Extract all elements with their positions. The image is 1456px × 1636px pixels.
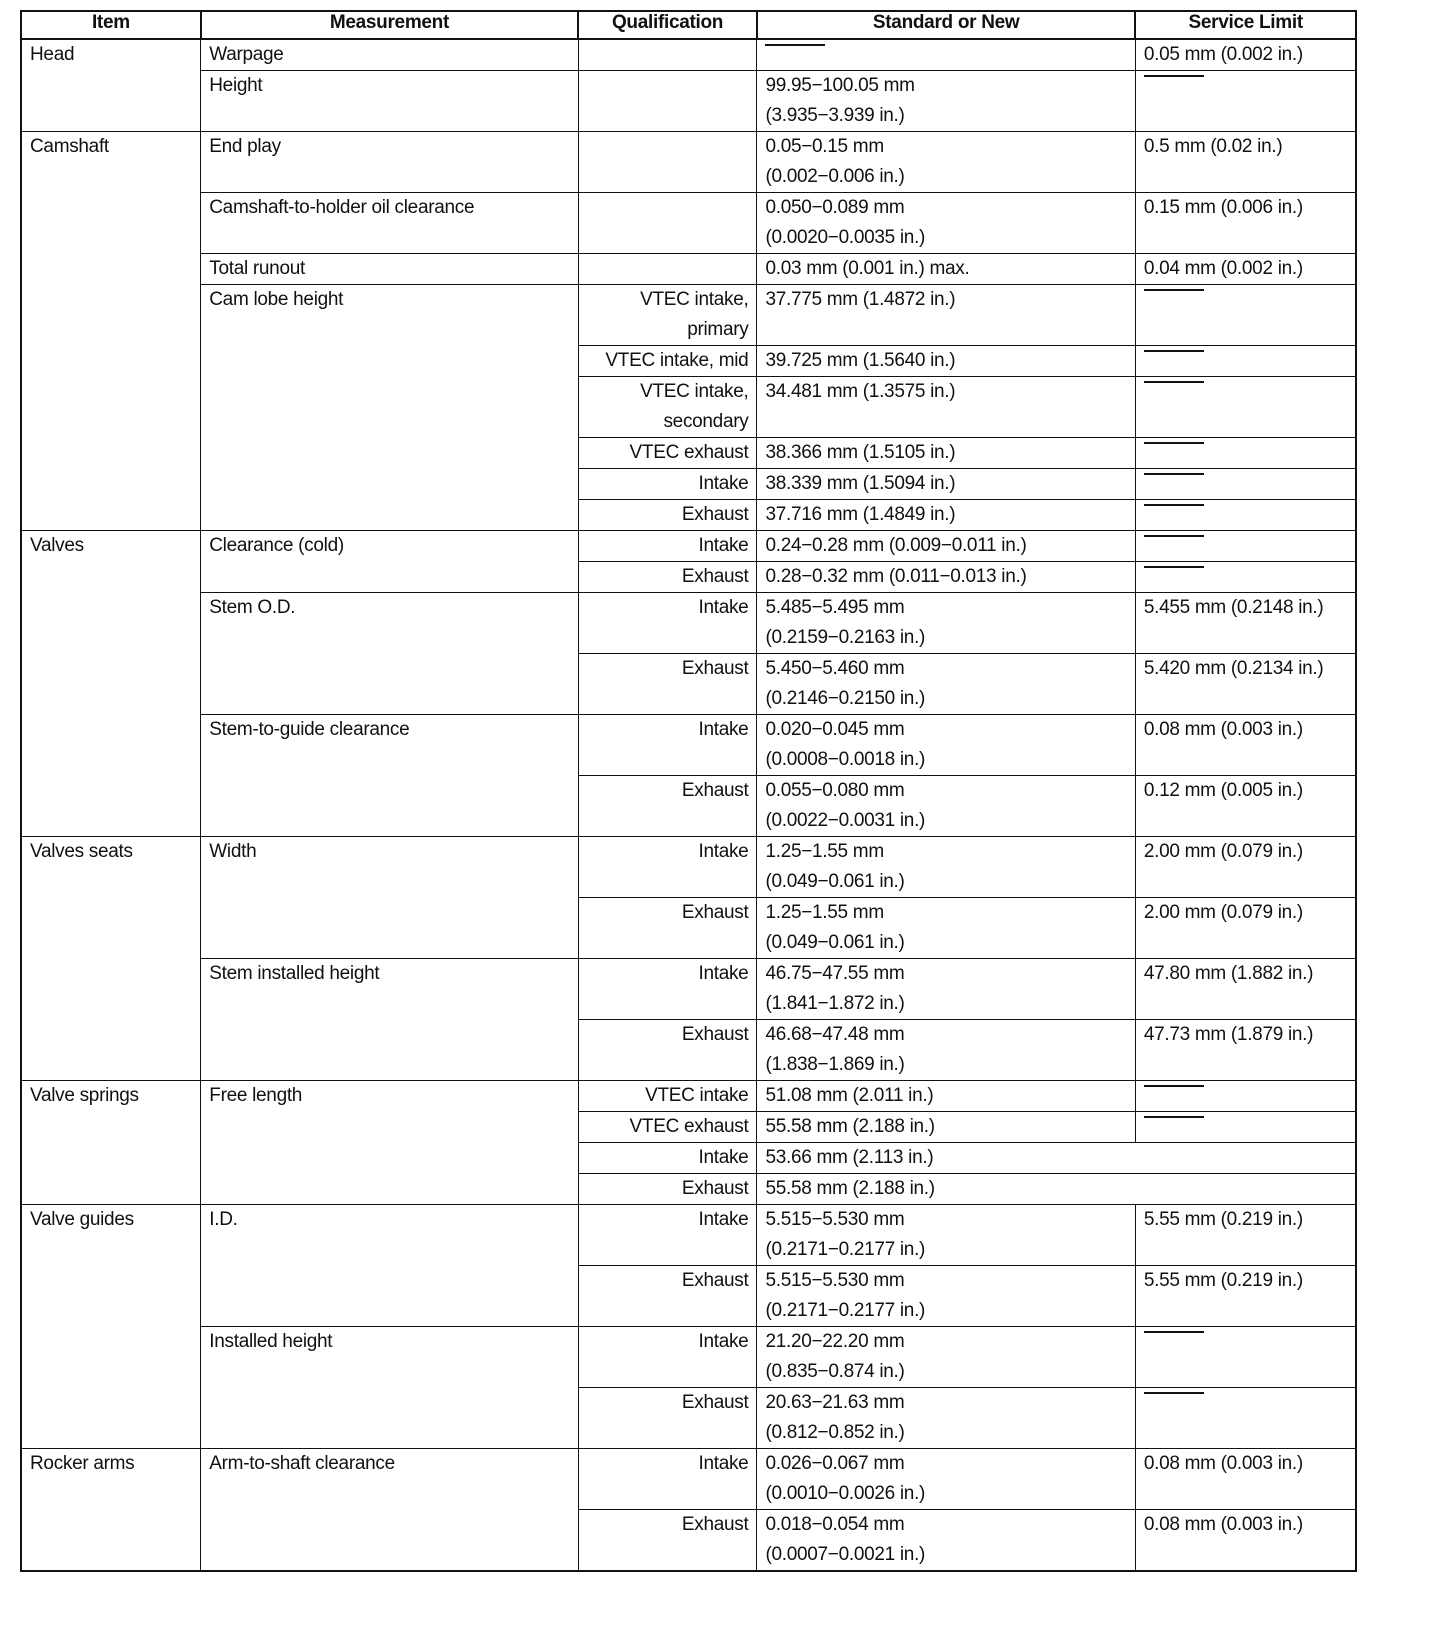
measurement-cell: Clearance (cold) [201,531,578,593]
qualification-cell [578,71,757,132]
measurement-cell: Free length [201,1081,578,1205]
not-applicable-dash [1135,469,1356,500]
standard-cell: 0.28−0.32 mm (0.011−0.013 in.) [757,562,1135,593]
qualification-text: Intake [587,531,749,561]
qualification-text: Intake [587,959,749,989]
standard-value: 5.515−5.530 mm [765,1266,1126,1296]
header-item: Item [21,11,201,39]
service-limit-cell: 0.12 mm (0.005 in.) [1135,776,1356,837]
qualification-cell: Exhaust [578,562,757,593]
qualification-cell [578,132,757,193]
measurement-cell: Stem installed height [201,959,578,1081]
standard-value: (1.841−1.872 in.) [765,989,1126,1019]
not-applicable-dash [1135,1081,1356,1112]
standard-cell: 0.020−0.045 mm(0.0008−0.0018 in.) [757,715,1135,776]
service-limit-value: 5.420 mm (0.2134 in.) [1144,654,1347,684]
service-limit-value: 5.55 mm (0.219 in.) [1144,1205,1347,1235]
qualification-text: Intake [587,837,749,867]
service-limit-cell: 47.73 mm (1.879 in.) [1135,1020,1356,1081]
qualification-text: secondary [587,407,749,437]
standard-value: (0.2171−0.2177 in.) [765,1296,1126,1326]
table-row: Installed heightIntake21.20−22.20 mm(0.8… [21,1327,1356,1388]
qualification-text: Intake [587,1205,749,1235]
qualification-cell: Exhaust [578,1510,757,1572]
measurement-cell: End play [201,132,578,193]
table-row: Height99.95−100.05 mm(3.935−3.939 in.) [21,71,1356,132]
standard-cell: 21.20−22.20 mm(0.835−0.874 in.) [757,1327,1135,1388]
standard-cell: 0.03 mm (0.001 in.) max. [757,254,1135,285]
standard-value: (0.0020−0.0035 in.) [765,223,1126,253]
standard-value: 1.25−1.55 mm [765,837,1126,867]
standard-value: 20.63−21.63 mm [765,1388,1126,1418]
qualification-text: Exhaust [587,1174,749,1204]
qualification-text: Exhaust [587,898,749,928]
standard-value: 37.716 mm (1.4849 in.) [765,500,1126,530]
standard-value: (0.0007−0.0021 in.) [765,1540,1126,1570]
qualification-cell: Intake [578,715,757,776]
service-limit-value: 0.15 mm (0.006 in.) [1144,193,1347,223]
standard-cell: 38.366 mm (1.5105 in.) [757,438,1135,469]
service-limit-cell: 0.5 mm (0.02 in.) [1135,132,1356,193]
service-limit-value: 0.04 mm (0.002 in.) [1144,254,1347,284]
service-limit-cell: 0.05 mm (0.002 in.) [1135,39,1356,71]
item-cell: Camshaft [21,132,201,531]
standard-value: 0.05−0.15 mm [765,132,1126,162]
qualification-text: Exhaust [587,1510,749,1540]
service-limit-cell: 2.00 mm (0.079 in.) [1135,837,1356,898]
service-limit-cell: 0.15 mm (0.006 in.) [1135,193,1356,254]
table-row: HeadWarpage0.05 mm (0.002 in.) [21,39,1356,71]
qualification-text: VTEC intake, [587,377,749,407]
qualification-text: VTEC intake, mid [587,346,749,376]
standard-value: 0.020−0.045 mm [765,715,1126,745]
qualification-text: primary [587,315,749,345]
standard-cell: 34.481 mm (1.3575 in.) [757,377,1135,438]
not-applicable-dash [1135,438,1356,469]
standard-value: 0.026−0.067 mm [765,1449,1126,1479]
standard-value: 5.515−5.530 mm [765,1205,1126,1235]
service-limit-value: 0.12 mm (0.005 in.) [1144,776,1347,806]
service-limit-value: 0.05 mm (0.002 in.) [1144,40,1347,70]
standard-cell: 39.725 mm (1.5640 in.) [757,346,1135,377]
service-limit-cell: 0.08 mm (0.003 in.) [1135,715,1356,776]
standard-value: 55.58 mm (2.188 in.) [765,1174,1347,1204]
standard-value: 5.485−5.495 mm [765,593,1126,623]
qualification-text: Exhaust [587,776,749,806]
qualification-cell: VTEC intake [578,1081,757,1112]
measurement-cell: Stem O.D. [201,593,578,715]
qualification-text: Exhaust [587,500,749,530]
service-limit-cell: 0.08 mm (0.003 in.) [1135,1449,1356,1510]
standard-cell: 37.716 mm (1.4849 in.) [757,500,1135,531]
service-limit-cell: 2.00 mm (0.079 in.) [1135,898,1356,959]
service-limit-value: 5.455 mm (0.2148 in.) [1144,593,1347,623]
standard-value: 0.03 mm (0.001 in.) max. [765,254,1126,284]
service-limit-value: 0.08 mm (0.003 in.) [1144,715,1347,745]
qualification-text: Exhaust [587,1266,749,1296]
qualification-cell: VTEC intake,primary [578,285,757,346]
standard-value: (0.835−0.874 in.) [765,1357,1126,1387]
qualification-cell [578,193,757,254]
standard-value: 38.339 mm (1.5094 in.) [765,469,1126,499]
qualification-cell: VTEC exhaust [578,1112,757,1143]
table-row: ValvesClearance (cold)Intake0.24−0.28 mm… [21,531,1356,562]
standard-value: 46.75−47.55 mm [765,959,1126,989]
qualification-cell: Intake [578,531,757,562]
not-applicable-dash [1135,346,1356,377]
standard-cell: 0.018−0.054 mm(0.0007−0.0021 in.) [757,1510,1135,1572]
standard-value: (0.2159−0.2163 in.) [765,623,1126,653]
table-row: Total runout0.03 mm (0.001 in.) max.0.04… [21,254,1356,285]
standard-value: (3.935−3.939 in.) [765,101,1126,131]
service-limit-value: 5.55 mm (0.219 in.) [1144,1266,1347,1296]
item-cell: Rocker arms [21,1449,201,1572]
qualification-cell: Exhaust [578,654,757,715]
item-cell: Valves seats [21,837,201,1081]
standard-value: 0.050−0.089 mm [765,193,1126,223]
measurement-cell: Height [201,71,578,132]
service-limit-value: 0.08 mm (0.003 in.) [1144,1449,1347,1479]
qualification-cell: Intake [578,959,757,1020]
header-standard: Standard or New [757,11,1135,39]
standard-value: (0.2146−0.2150 in.) [765,684,1126,714]
qualification-text: Exhaust [587,1388,749,1418]
not-applicable-dash [1135,1327,1356,1388]
service-limit-cell: 0.08 mm (0.003 in.) [1135,1510,1356,1572]
not-applicable-dash [1135,531,1356,562]
measurement-cell: Width [201,837,578,959]
not-applicable-dash [757,39,1135,71]
standard-value: (0.0022−0.0031 in.) [765,806,1126,836]
header-measurement: Measurement [201,11,578,39]
qualification-cell: Exhaust [578,1388,757,1449]
standard-value: 0.055−0.080 mm [765,776,1126,806]
measurement-cell: Installed height [201,1327,578,1449]
qualification-cell: Intake [578,1449,757,1510]
standard-value: 5.450−5.460 mm [765,654,1126,684]
not-applicable-dash [1135,1388,1356,1449]
standard-cell: 20.63−21.63 mm(0.812−0.852 in.) [757,1388,1135,1449]
qualification-text: Intake [587,715,749,745]
qualification-text: Exhaust [587,562,749,592]
qualification-text: Exhaust [587,654,749,684]
service-limit-value: 0.08 mm (0.003 in.) [1144,1510,1347,1540]
service-limit-cell: 5.55 mm (0.219 in.) [1135,1205,1356,1266]
qualification-text: Intake [587,469,749,499]
standard-cell: 53.66 mm (2.113 in.) [757,1143,1356,1174]
standard-cell: 99.95−100.05 mm(3.935−3.939 in.) [757,71,1135,132]
table-row: Stem O.D.Intake5.485−5.495 mm(0.2159−0.2… [21,593,1356,654]
standard-cell: 46.68−47.48 mm(1.838−1.869 in.) [757,1020,1135,1081]
not-applicable-dash [1135,71,1356,132]
qualification-cell: VTEC intake,secondary [578,377,757,438]
standard-value: 0.28−0.32 mm (0.011−0.013 in.) [765,562,1126,592]
qualification-cell: Exhaust [578,500,757,531]
item-cell: Valve springs [21,1081,201,1205]
qualification-cell [578,254,757,285]
standard-cell: 38.339 mm (1.5094 in.) [757,469,1135,500]
standard-value: (0.0008−0.0018 in.) [765,745,1126,775]
standard-value: 46.68−47.48 mm [765,1020,1126,1050]
standard-value: 34.481 mm (1.3575 in.) [765,377,1126,407]
standard-value: 0.24−0.28 mm (0.009−0.011 in.) [765,531,1126,561]
standard-cell: 0.026−0.067 mm(0.0010−0.0026 in.) [757,1449,1135,1510]
standard-cell: 37.775 mm (1.4872 in.) [757,285,1135,346]
not-applicable-dash [1135,562,1356,593]
measurement-cell: Camshaft-to-holder oil clearance [201,193,578,254]
qualification-text: VTEC intake, [587,285,749,315]
standard-cell: 0.055−0.080 mm(0.0022−0.0031 in.) [757,776,1135,837]
standard-value: 1.25−1.55 mm [765,898,1126,928]
qualification-cell: Exhaust [578,1266,757,1327]
measurement-cell: Stem-to-guide clearance [201,715,578,837]
table-row: Cam lobe heightVTEC intake,primary37.775… [21,285,1356,346]
qualification-text: VTEC exhaust [587,438,749,468]
measurement-cell: Cam lobe height [201,285,578,531]
standard-value: 53.66 mm (2.113 in.) [765,1143,1347,1173]
table-row: Camshaft-to-holder oil clearance0.050−0.… [21,193,1356,254]
header-qualification: Qualification [578,11,757,39]
qualification-cell: Intake [578,593,757,654]
standard-value: 38.366 mm (1.5105 in.) [765,438,1126,468]
qualification-cell: Exhaust [578,776,757,837]
qualification-text: Intake [587,593,749,623]
standard-value: (0.002−0.006 in.) [765,162,1126,192]
table-row: CamshaftEnd play0.05−0.15 mm(0.002−0.006… [21,132,1356,193]
standard-value: (0.812−0.852 in.) [765,1418,1126,1448]
standard-cell: 1.25−1.55 mm(0.049−0.061 in.) [757,898,1135,959]
not-applicable-dash [1135,377,1356,438]
standard-value: 21.20−22.20 mm [765,1327,1126,1357]
item-cell: Valves [21,531,201,837]
service-limit-cell: 0.04 mm (0.002 in.) [1135,254,1356,285]
qualification-cell: Intake [578,1205,757,1266]
qualification-cell: Exhaust [578,898,757,959]
service-limit-value: 2.00 mm (0.079 in.) [1144,898,1347,928]
standard-value: (0.049−0.061 in.) [765,867,1126,897]
table-row: Stem-to-guide clearanceIntake0.020−0.045… [21,715,1356,776]
not-applicable-dash [1135,1112,1356,1143]
measurement-cell: I.D. [201,1205,578,1327]
standard-cell: 55.58 mm (2.188 in.) [757,1174,1356,1205]
standard-value: (0.2171−0.2177 in.) [765,1235,1126,1265]
standard-value: 55.58 mm (2.188 in.) [765,1112,1126,1142]
standard-cell: 5.485−5.495 mm(0.2159−0.2163 in.) [757,593,1135,654]
table-row: Stem installed heightIntake46.75−47.55 m… [21,959,1356,1020]
standard-value: (1.838−1.869 in.) [765,1050,1126,1080]
header-row: Item Measurement Qualification Standard … [21,11,1356,39]
measurement-cell: Arm-to-shaft clearance [201,1449,578,1572]
header-service-limit: Service Limit [1135,11,1356,39]
service-limit-cell: 47.80 mm (1.882 in.) [1135,959,1356,1020]
item-cell: Head [21,39,201,132]
standard-cell: 46.75−47.55 mm(1.841−1.872 in.) [757,959,1135,1020]
standard-value: 39.725 mm (1.5640 in.) [765,346,1126,376]
qualification-cell: Intake [578,469,757,500]
qualification-cell: Intake [578,837,757,898]
qualification-text: Intake [587,1143,749,1173]
measurement-cell: Warpage [201,39,578,71]
service-limit-value: 47.73 mm (1.879 in.) [1144,1020,1347,1050]
measurement-cell: Total runout [201,254,578,285]
item-cell: Valve guides [21,1205,201,1449]
qualification-cell: Intake [578,1327,757,1388]
standard-cell: 1.25−1.55 mm(0.049−0.061 in.) [757,837,1135,898]
service-limit-value: 0.5 mm (0.02 in.) [1144,132,1347,162]
not-applicable-dash [1135,285,1356,346]
table-row: Valve springsFree lengthVTEC intake51.08… [21,1081,1356,1112]
standard-cell: 0.050−0.089 mm(0.0020−0.0035 in.) [757,193,1135,254]
not-applicable-dash [1135,500,1356,531]
table-body: HeadWarpage0.05 mm (0.002 in.)Height99.9… [21,39,1356,1571]
table-row: Valve guidesI.D.Intake5.515−5.530 mm(0.2… [21,1205,1356,1266]
standard-value: 51.08 mm (2.011 in.) [765,1081,1126,1111]
qualification-cell: VTEC exhaust [578,438,757,469]
qualification-cell: VTEC intake, mid [578,346,757,377]
qualification-cell: Exhaust [578,1174,757,1205]
standard-cell: 0.05−0.15 mm(0.002−0.006 in.) [757,132,1135,193]
table-row: Rocker armsArm-to-shaft clearanceIntake0… [21,1449,1356,1510]
standard-cell: 5.515−5.530 mm(0.2171−0.2177 in.) [757,1205,1135,1266]
service-limit-value: 47.80 mm (1.882 in.) [1144,959,1347,989]
standard-cell: 55.58 mm (2.188 in.) [757,1112,1135,1143]
qualification-text: VTEC intake [587,1081,749,1111]
specifications-table: Item Measurement Qualification Standard … [20,10,1357,1572]
qualification-text: VTEC exhaust [587,1112,749,1142]
service-limit-value: 2.00 mm (0.079 in.) [1144,837,1347,867]
standard-cell: 0.24−0.28 mm (0.009−0.011 in.) [757,531,1135,562]
qualification-cell: Intake [578,1143,757,1174]
standard-value: (0.0010−0.0026 in.) [765,1479,1126,1509]
qualification-text: Intake [587,1327,749,1357]
qualification-text: Intake [587,1449,749,1479]
qualification-cell: Exhaust [578,1020,757,1081]
standard-value: 37.775 mm (1.4872 in.) [765,285,1126,315]
standard-cell: 5.450−5.460 mm(0.2146−0.2150 in.) [757,654,1135,715]
standard-value: (0.049−0.061 in.) [765,928,1126,958]
service-limit-cell: 5.455 mm (0.2148 in.) [1135,593,1356,654]
service-limit-cell: 5.420 mm (0.2134 in.) [1135,654,1356,715]
standard-cell: 5.515−5.530 mm(0.2171−0.2177 in.) [757,1266,1135,1327]
table-row: Valves seatsWidthIntake1.25−1.55 mm(0.04… [21,837,1356,898]
standard-value: 99.95−100.05 mm [765,71,1126,101]
qualification-cell [578,39,757,71]
qualification-text: Exhaust [587,1020,749,1050]
service-limit-cell: 5.55 mm (0.219 in.) [1135,1266,1356,1327]
standard-value: 0.018−0.054 mm [765,1510,1126,1540]
standard-cell: 51.08 mm (2.011 in.) [757,1081,1135,1112]
